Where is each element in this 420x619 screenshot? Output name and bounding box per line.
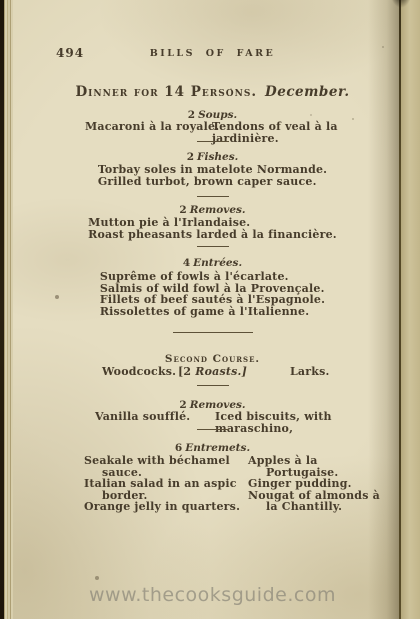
section-divider — [197, 141, 229, 142]
entrees-count: 4 — [183, 257, 190, 269]
removes-1-items: Mutton pie à l'Irlandaise. Roast pheasan… — [40, 217, 385, 242]
roasts-count: [2 — [178, 365, 191, 378]
entremets-columns: Seakale with béchamel sauce. Italian sal… — [40, 455, 385, 515]
menu-item: Roast pheasants larded à la financière. — [88, 229, 337, 241]
section-divider — [197, 196, 229, 197]
removes-1-count: 2 — [179, 204, 186, 216]
menu-item: Larks. — [290, 366, 330, 378]
fishes-count: 2 — [187, 151, 194, 163]
section-divider — [197, 385, 229, 386]
removes-2-row: Vanilla soufflé. Iced biscuits, with mar… — [40, 411, 385, 424]
section-heading-entremets: 6Entremets. — [40, 442, 385, 454]
menu-item: Mutton pie à l'Irlandaise. — [88, 217, 337, 229]
menu-item: Orange jelly in quarters. — [84, 501, 244, 513]
watermark-url: www.thecooksguide.com — [40, 584, 385, 606]
entremets-right-column: Apples à la Portugaise. Ginger pudding. … — [248, 455, 380, 513]
removes-1-name: Removes. — [190, 204, 246, 216]
paper-specks — [0, 0, 2, 2]
entrees-items: Suprême of fowls à l'écarlate. Salmis of… — [40, 271, 385, 319]
menu-item: Seakale with béchamel sauce. — [84, 455, 244, 478]
roasts-name: Roasts.] — [195, 365, 247, 378]
menu-item: Nougat of almonds à la Chantilly. — [248, 490, 380, 513]
entrees-name: Entrées. — [193, 257, 242, 269]
fishes-name: Fishes. — [197, 151, 238, 163]
menu-item: Fillets of beef sautés à l'Espagnole. — [100, 294, 325, 306]
binding-shadow-top — [386, 0, 416, 24]
menu-item: Ginger pudding. — [248, 478, 380, 490]
menu-item: Macaroni à la royale. — [85, 121, 219, 133]
menu-item: Iced biscuits, with maraschino, — [215, 411, 385, 434]
section-heading-removes-1: 2Removes. — [40, 204, 385, 216]
section-heading-removes-2: 2Removes. — [40, 399, 385, 411]
course-divider — [173, 332, 253, 333]
menu-item: Grilled turbot, brown caper sauce. — [98, 176, 327, 188]
section-heading-entrees: 4Entrées. — [40, 257, 385, 269]
book-page-scan: 494 BILLS OF FARE Dinner for 14 Persons.… — [0, 0, 420, 619]
fishes-items: Torbay soles in matelote Normande. Grill… — [40, 164, 385, 189]
entremets-name: Entremets. — [185, 442, 250, 454]
menu-item: Rissolettes of game à l'Italienne. — [100, 306, 325, 318]
section-divider — [197, 429, 229, 430]
menu-item: Torbay soles in matelote Normande. — [98, 164, 327, 176]
soups-row: Macaroni à la royale. Tendons of veal à … — [40, 121, 385, 134]
roasts-label: [2 Roasts.] — [40, 366, 385, 378]
second-course-heading: Second Course. — [40, 353, 385, 365]
menu-title: Dinner for 14 Persons.December. — [40, 84, 385, 100]
page-edge-right — [401, 0, 420, 619]
menu-title-main: Dinner for 14 Persons. — [75, 84, 257, 100]
page-edges-left — [4, 0, 13, 619]
page-content: 494 BILLS OF FARE Dinner for 14 Persons.… — [40, 0, 385, 619]
menu-item: Italian salad in an aspic border. — [84, 478, 244, 501]
menu-item: Apples à la Portugaise. — [248, 455, 380, 478]
menu-title-month: December. — [265, 84, 350, 100]
entremets-count: 6 — [175, 442, 182, 454]
menu-item: Tendons of veal à la jardinière. — [212, 121, 385, 144]
menu-item: Suprême of fowls à l'écarlate. — [100, 271, 325, 283]
menu-item: Vanilla soufflé. — [95, 411, 190, 423]
entremets-left-column: Seakale with béchamel sauce. Italian sal… — [84, 455, 244, 513]
roasts-row: Woodcocks. [2 Roasts.] Larks. — [40, 366, 385, 379]
section-heading-fishes: 2Fishes. — [40, 151, 385, 163]
running-header: BILLS OF FARE — [40, 48, 385, 59]
page-header: 494 BILLS OF FARE — [40, 46, 385, 62]
section-divider — [197, 246, 229, 247]
